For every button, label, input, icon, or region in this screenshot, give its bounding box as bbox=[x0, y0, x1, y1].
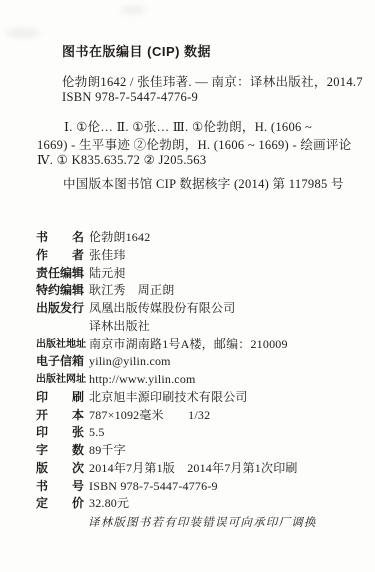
spec-row-contributing-editors: 特约编辑 耿江秀 周正朗 bbox=[36, 283, 366, 301]
spec-row-publisher-group: 出版发行 凤凰出版传媒股份有限公司 bbox=[36, 301, 366, 319]
spec-row-managing-editor: 责任编辑 陆元昶 bbox=[36, 266, 366, 284]
cip-heading: 图书在版编目 (CIP) 数据 bbox=[62, 41, 211, 60]
spec-row-publisher: 译林出版社 bbox=[36, 319, 366, 337]
spec-row-word-count: 字数 89千字 bbox=[36, 443, 366, 461]
spec-label: 出版社地址 bbox=[36, 337, 84, 352]
spec-row-format: 开本 787×1092毫米 1/32 bbox=[36, 408, 366, 426]
spec-value: 伦勃朗1642 bbox=[89, 230, 150, 245]
spec-value: 耿江秀 周正朗 bbox=[89, 283, 174, 298]
spec-row-book-title: 书名 伦勃朗1642 bbox=[36, 230, 366, 248]
colophon-spec-list: 书名 伦勃朗1642 作者 张佳玮 责任编辑 陆元昶 特约编辑 耿江秀 周正朗 … bbox=[36, 230, 366, 514]
spec-label: 印张 bbox=[36, 425, 84, 440]
spec-value: 陆元昶 bbox=[89, 266, 126, 281]
spec-label: 责任编辑 bbox=[36, 266, 84, 281]
spec-value: 2014年7月第1版 2014年7月第1次印刷 bbox=[89, 461, 298, 476]
spec-label: 作者 bbox=[36, 248, 84, 263]
spec-label: 书名 bbox=[36, 230, 84, 245]
spec-value: 译林出版社 bbox=[89, 319, 150, 334]
spec-value: yilin@yilin.com bbox=[89, 354, 171, 369]
cip-entry-line: 伦勃朗1642 / 张佳玮著. — 南京：译林出版社，2014.7 bbox=[62, 72, 363, 90]
spec-row-edition: 版次 2014年7月第1版 2014年7月第1次印刷 bbox=[36, 461, 366, 479]
spec-row-price: 定价 32.80元 bbox=[36, 496, 366, 514]
cip-classification-line-1: Ⅰ. ①伦… Ⅱ. ①张… Ⅲ. ①伦勃朗，H. (1606 ~ bbox=[64, 117, 312, 135]
spec-label: 书号 bbox=[36, 479, 84, 494]
spec-label: 电子信箱 bbox=[36, 354, 84, 369]
spec-value: 北京旭丰源印刷技术有限公司 bbox=[89, 390, 248, 405]
spec-row-printer: 印刷 北京旭丰源印刷技术有限公司 bbox=[36, 390, 366, 408]
scan-smudge bbox=[120, 6, 146, 14]
spec-label: 版次 bbox=[36, 461, 84, 476]
copyright-page: 图书在版编目 (CIP) 数据 伦勃朗1642 / 张佳玮著. — 南京：译林出… bbox=[0, 0, 375, 572]
spec-label: 定价 bbox=[36, 496, 84, 511]
spec-value: ISBN 978-7-5447-4776-9 bbox=[89, 479, 218, 494]
scan-smudge bbox=[6, 28, 40, 38]
cip-isbn-line: ISBN 978-7-5447-4776-9 bbox=[62, 90, 198, 105]
cip-record-number-line: 中国版本图书馆 CIP 数据核字 (2014) 第 117985 号 bbox=[63, 174, 344, 192]
spec-row-isbn: 书号 ISBN 978-7-5447-4776-9 bbox=[36, 479, 366, 497]
cip-classification-line-3: Ⅳ. ① K835.635.72 ② J205.563 bbox=[37, 152, 206, 168]
spec-label: 特约编辑 bbox=[36, 283, 84, 298]
spec-label: 出版发行 bbox=[36, 301, 84, 316]
spec-label: 出版社网址 bbox=[36, 372, 84, 387]
spec-label: 印刷 bbox=[36, 390, 84, 405]
spec-value: 32.80元 bbox=[89, 496, 129, 511]
spec-row-website: 出版社网址 http://www.yilin.com bbox=[36, 372, 366, 390]
spec-value: 89千字 bbox=[89, 443, 126, 458]
misprint-exchange-note: 译林版图书若有印装错误可向承印厂调换 bbox=[88, 514, 317, 530]
spec-value: 787×1092毫米 1/32 bbox=[89, 408, 210, 423]
spec-value: http://www.yilin.com bbox=[89, 372, 196, 387]
spec-row-author: 作者 张佳玮 bbox=[36, 248, 366, 266]
spec-row-email: 电子信箱 yilin@yilin.com bbox=[36, 354, 366, 372]
spec-row-sheets: 印张 5.5 bbox=[36, 425, 366, 443]
spec-row-publisher-address: 出版社地址 南京市湖南路1号A楼，邮编：210009 bbox=[36, 337, 366, 355]
spec-value: 南京市湖南路1号A楼，邮编：210009 bbox=[89, 337, 288, 352]
spec-label: 开本 bbox=[36, 408, 84, 423]
spec-label: 字数 bbox=[36, 443, 84, 458]
spec-value: 张佳玮 bbox=[89, 248, 126, 263]
cip-classification-line-2: 1669) - 生平事迹 ②伦勃朗，H. (1606 ~ 1669) - 绘画评… bbox=[37, 135, 352, 153]
spec-value: 凤凰出版传媒股份有限公司 bbox=[89, 301, 235, 316]
spec-value: 5.5 bbox=[89, 425, 105, 440]
